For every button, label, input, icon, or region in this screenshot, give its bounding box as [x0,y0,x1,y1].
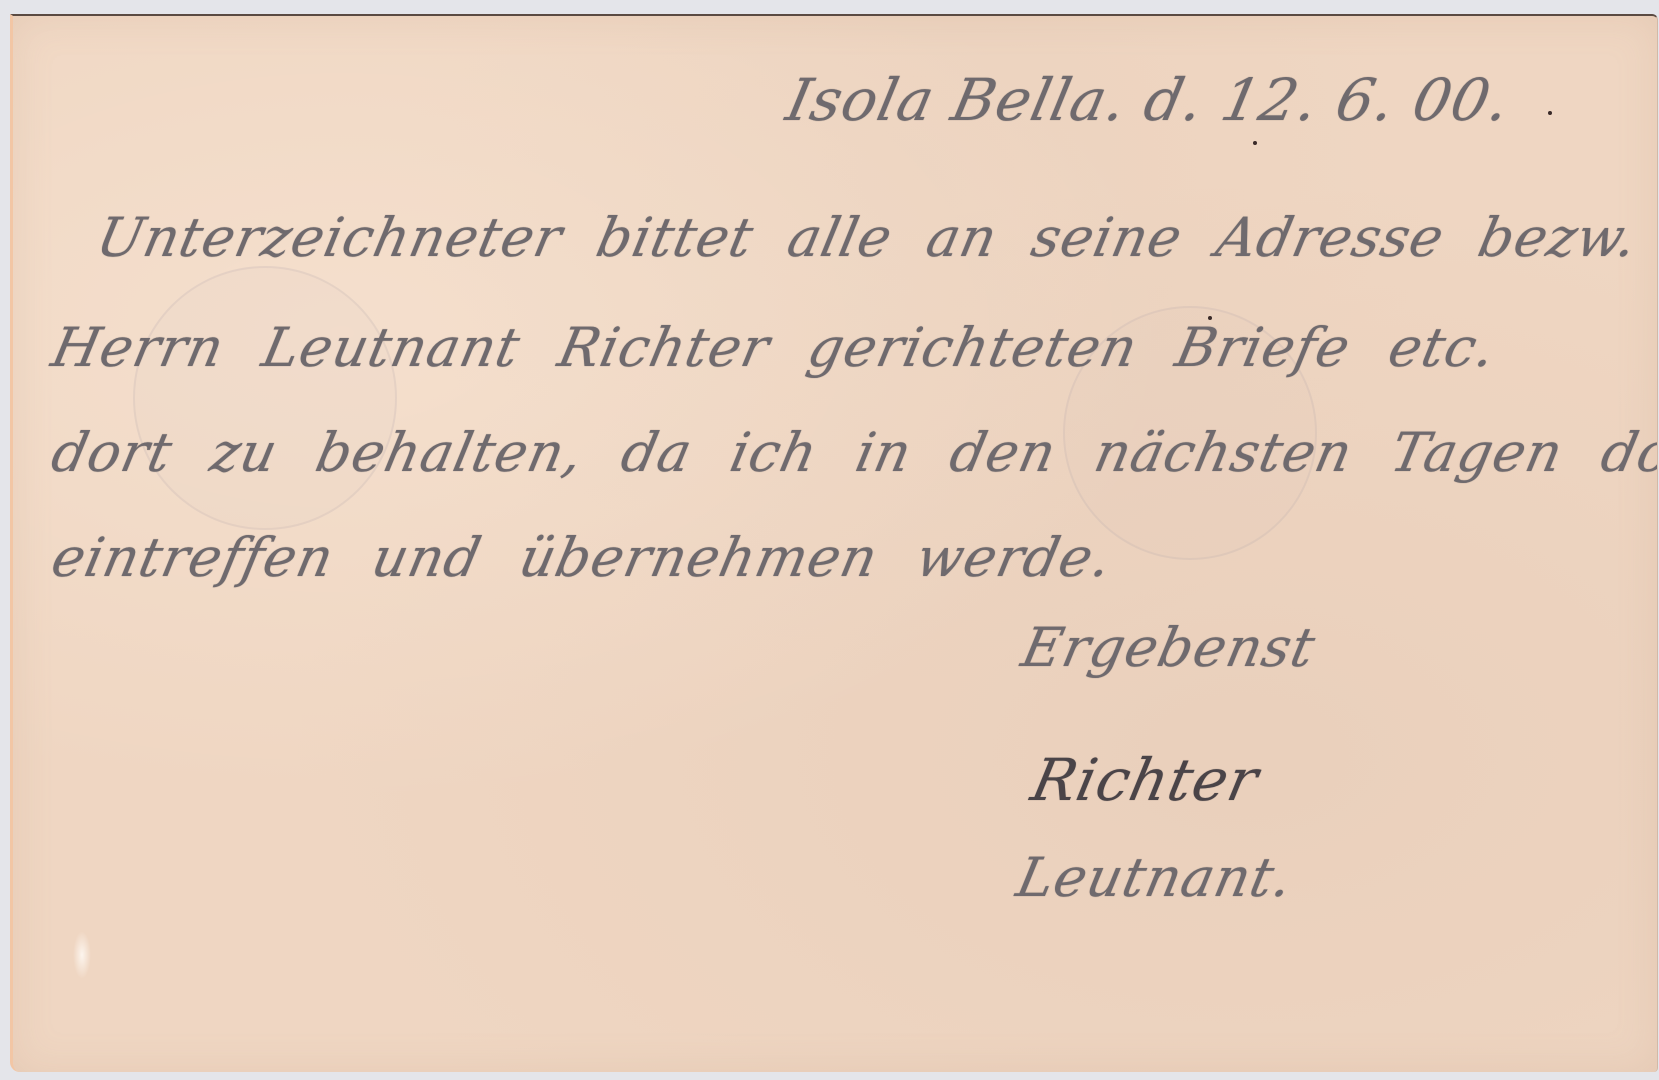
ink-speck [1548,111,1552,115]
body-line: dort zu behalten, da ich in den nächsten… [46,421,1658,484]
body-line: eintreffen und übernehmen werde. [46,526,1117,589]
signature: Richter [1026,746,1265,814]
body-line: Herrn Leutnant Richter gerichteten Brief… [46,316,1501,379]
place-date-line: Isola Bella. d. 12. 6. 00. [781,66,1517,134]
ink-speck [1253,141,1257,145]
body-line: Unterzeichneter bittet alle an seine Adr… [91,206,1643,269]
valediction: Ergebenst [1016,616,1321,679]
signer-rank: Leutnant. [1011,846,1298,909]
postcard: Isola Bella. d. 12. 6. 00. Unterzeichnet… [10,14,1658,1072]
faded-postmark [133,266,397,530]
paper-crease [73,931,91,979]
